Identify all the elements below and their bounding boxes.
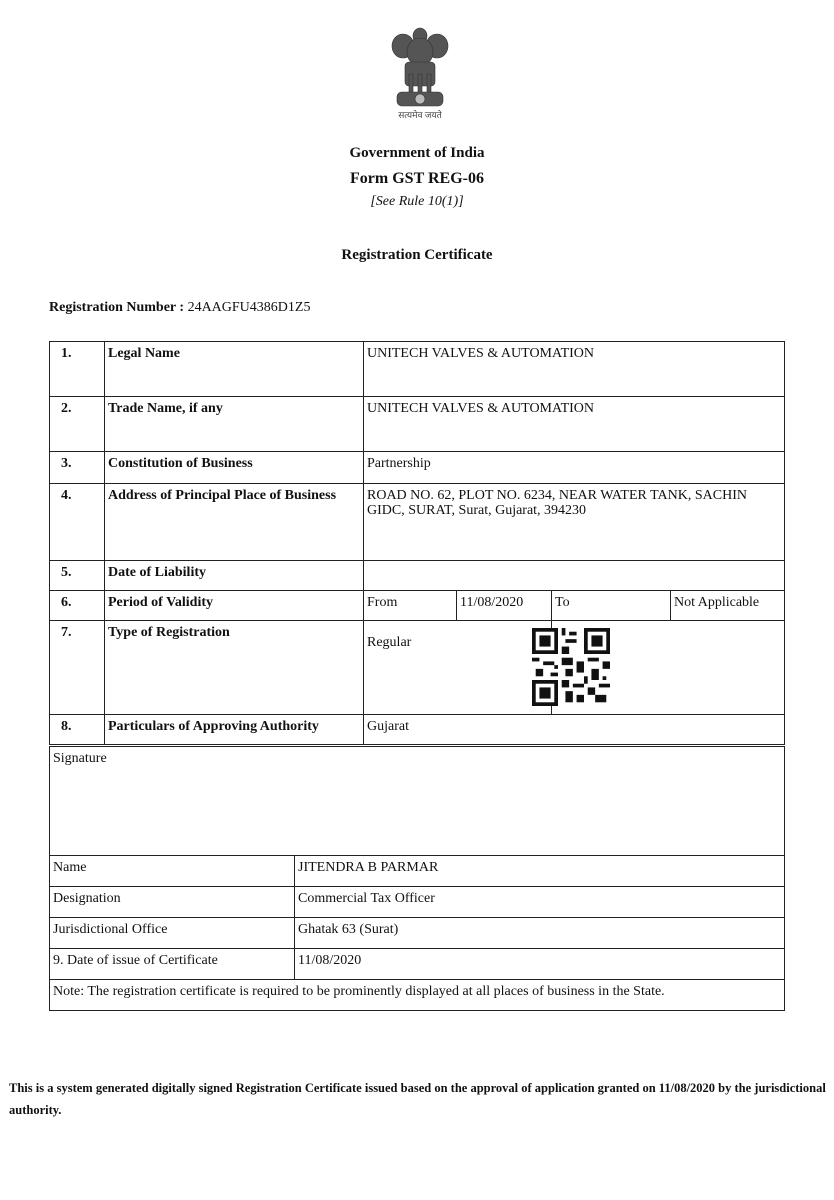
row-number: 1. [50, 342, 105, 397]
table-row: 1. Legal Name UNITECH VALVES & AUTOMATIO… [50, 342, 785, 397]
table-row: 8. Particulars of Approving Authority Gu… [50, 715, 785, 745]
designation-value: Commercial Tax Officer [295, 887, 785, 918]
government-heading: Government of India [0, 145, 834, 162]
signature-label: Signature [50, 747, 785, 856]
signature-row: Signature [50, 747, 785, 856]
qr-cell [552, 621, 785, 715]
date-of-liability-value [364, 561, 785, 591]
rule-reference: [See Rule 10(1)] [0, 194, 834, 210]
table-row: Name JITENDRA B PARMAR [50, 856, 785, 887]
table-row: Jurisdictional Office Ghatak 63 (Surat) [50, 918, 785, 949]
row-number: 2. [50, 397, 105, 452]
signature-table: Signature Name JITENDRA B PARMAR Designa… [49, 746, 785, 1011]
row-number: 8. [50, 715, 105, 745]
form-title: Form GST REG-06 [0, 170, 834, 188]
row-number: 7. [50, 621, 105, 715]
designation-label: Designation [50, 887, 295, 918]
table-row: 5. Date of Liability [50, 561, 785, 591]
qr-code-icon [532, 627, 610, 707]
certificate-title: Registration Certificate [0, 247, 834, 264]
issue-date-label: 9. Date of issue of Certificate [50, 949, 295, 980]
row-label: Address of Principal Place of Business [105, 484, 364, 561]
table-row: Note: The registration certificate is re… [50, 980, 785, 1011]
table-row: 2. Trade Name, if any UNITECH VALVES & A… [50, 397, 785, 452]
row-number: 6. [50, 591, 105, 621]
emblem-motto: सत्यमेव जयते [370, 108, 470, 121]
officer-name-label: Name [50, 856, 295, 887]
display-note: Note: The registration certificate is re… [50, 980, 785, 1011]
table-row: 9. Date of issue of Certificate 11/08/20… [50, 949, 785, 980]
details-table: 1. Legal Name UNITECH VALVES & AUTOMATIO… [49, 341, 785, 745]
row-label: Trade Name, if any [105, 397, 364, 452]
row-label: Type of Registration [105, 621, 364, 715]
registration-number-label: Registration Number : [49, 300, 184, 315]
row-number: 4. [50, 484, 105, 561]
registration-number-value: 24AAGFU4386D1Z5 [188, 300, 311, 315]
national-emblem-icon [383, 22, 457, 122]
row-label: Period of Validity [105, 591, 364, 621]
table-row: 3. Constitution of Business Partnership [50, 452, 785, 484]
row-label: Legal Name [105, 342, 364, 397]
row-number: 3. [50, 452, 105, 484]
issue-date-value: 11/08/2020 [295, 949, 785, 980]
registration-type-value: Regular [364, 621, 552, 715]
officer-name-value: JITENDRA B PARMAR [295, 856, 785, 887]
row-label: Particulars of Approving Authority [105, 715, 364, 745]
validity-to-label: To [552, 591, 671, 621]
row-label: Date of Liability [105, 561, 364, 591]
legal-name-value: UNITECH VALVES & AUTOMATION [364, 342, 785, 397]
row-number: 5. [50, 561, 105, 591]
table-row: 4. Address of Principal Place of Busines… [50, 484, 785, 561]
approving-authority-value: Gujarat [364, 715, 785, 745]
constitution-value: Partnership [364, 452, 785, 484]
table-row: 7. Type of Registration Regular [50, 621, 785, 715]
validity-to-value: Not Applicable [671, 591, 785, 621]
table-row: 6. Period of Validity From 11/08/2020 To… [50, 591, 785, 621]
jurisdictional-office-label: Jurisdictional Office [50, 918, 295, 949]
table-row: Designation Commercial Tax Officer [50, 887, 785, 918]
registration-number: Registration Number : 24AAGFU4386D1Z5 [49, 300, 310, 316]
address-value: ROAD NO. 62, PLOT NO. 6234, NEAR WATER T… [364, 484, 785, 561]
validity-from-value: 11/08/2020 [457, 591, 552, 621]
validity-from-label: From [364, 591, 457, 621]
trade-name-value: UNITECH VALVES & AUTOMATION [364, 397, 785, 452]
row-label: Constitution of Business [105, 452, 364, 484]
jurisdictional-office-value: Ghatak 63 (Surat) [295, 918, 785, 949]
system-generated-note: This is a system generated digitally sig… [9, 1077, 829, 1121]
